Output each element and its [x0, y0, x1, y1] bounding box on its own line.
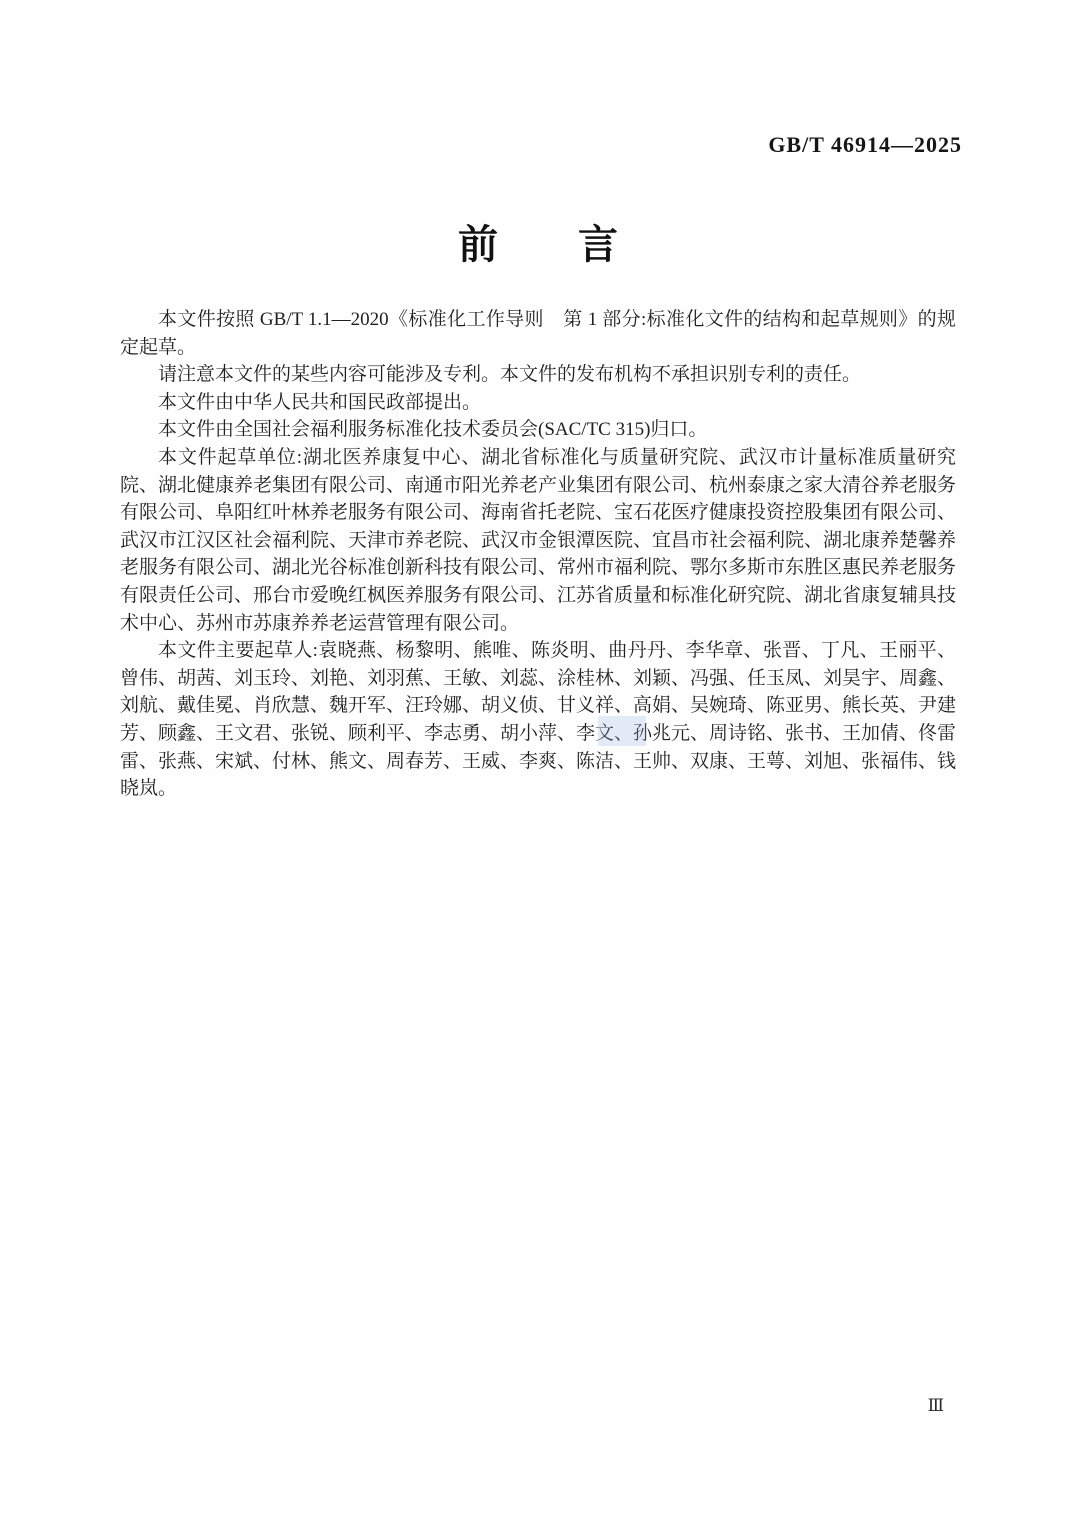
paragraph-drafting-basis: 本文件按照 GB/T 1.1—2020《标准化工作导则 第 1 部分:标准化文件… — [120, 306, 956, 361]
paragraph-main-drafters: 本文件主要起草人:袁晓燕、杨黎明、熊唯、陈炎明、曲丹丹、李华章、张晋、丁凡、王丽… — [120, 637, 956, 803]
paragraph-proposed-by: 本文件由中华人民共和国民政部提出。 — [120, 389, 956, 417]
paragraph-drafting-organizations: 本文件起草单位:湖北医养康复中心、湖北省标准化与质量研究院、武汉市计量标准质量研… — [120, 444, 956, 637]
standard-doc-number: GB/T 46914—2025 — [768, 132, 962, 158]
paragraph-centralized-by: 本文件由全国社会福利服务标准化技术委员会(SAC/TC 315)归口。 — [120, 416, 956, 444]
foreword-body: 本文件按照 GB/T 1.1—2020《标准化工作导则 第 1 部分:标准化文件… — [120, 306, 956, 803]
foreword-title: 前 言 — [120, 213, 956, 270]
page-number: Ⅲ — [928, 1396, 944, 1416]
paragraph-patent-notice: 请注意本文件的某些内容可能涉及专利。本文件的发布机构不承担识别专利的责任。 — [120, 361, 956, 389]
document-page: GB/T 46914—2025 前 言 本文件按照 GB/T 1.1—2020《… — [0, 0, 1074, 1520]
